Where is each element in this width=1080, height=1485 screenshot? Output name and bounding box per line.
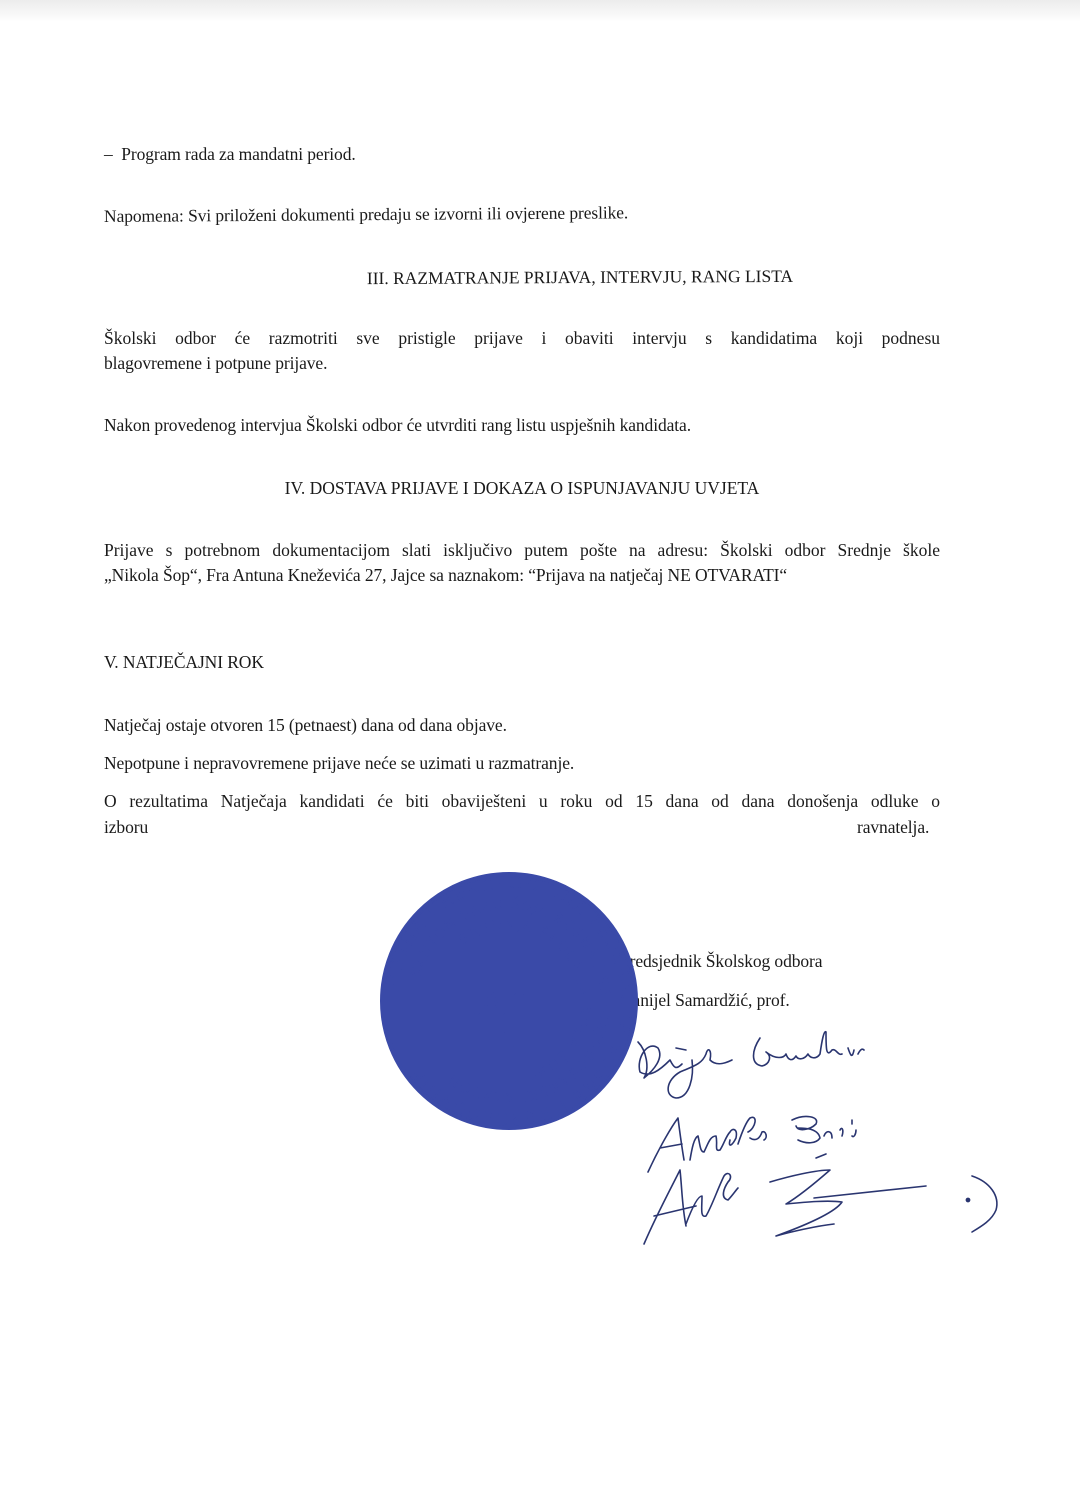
list-item: – Program rada za mandatni period. [104,143,356,165]
scan-edge-shadow [0,0,1080,22]
stamp-number: 1 [502,1029,516,1054]
signature-title: Predsjednik Školskog odbora [620,950,822,972]
paragraph-line-end: ravnatelja. [857,816,929,838]
list-item-text: Program rada za mandatni period. [121,144,355,164]
paragraph-line: Prijave s potrebnom dokumentacijom slati… [104,539,940,561]
paragraph: Nakon provedenog intervjua Školski odbor… [104,414,691,436]
section-heading-v: V. NATJEČAJNI ROK [104,651,264,673]
handwritten-signatures [620,1020,1020,1250]
signature-danijel [638,1042,732,1098]
note-text: Napomena: Svi priloženi dokumenti predaj… [104,201,628,227]
official-stamp: BOSNA I HERCEGOVINA FEDERACIJA BOSNE I H… [378,870,640,1132]
paragraph-line: Školski odbor će razmotriti sve pristigl… [104,327,940,349]
signature-name: Danijel Samardžić, prof. [620,989,790,1011]
stamp-city: JAJCE [473,987,542,1017]
section-heading-iv: IV. DOSTAVA PRIJAVE I DOKAZA O ISPUNJAVA… [0,477,1062,499]
paragraph: Nepotpune i nepravovremene prijave neće … [104,752,574,774]
signature-third [644,1170,738,1244]
section-heading-iii: III. RAZMATRANJE PRIJAVA, INTERVJU, RANG… [40,263,1080,291]
paragraph-line: izboru [104,816,148,838]
paragraph-line: „Nikola Šop“, Fra Antuna Kneževića 27, J… [104,564,787,586]
paragraph-line: blagovremene i potpune prijave. [104,352,327,374]
paragraph: Natječaj ostaje otvoren 15 (petnaest) da… [104,714,507,736]
list-bullet: – [104,144,113,164]
paragraph-line: O rezultatima Natječaja kandidati će bit… [104,790,940,812]
signature-second [648,1117,766,1172]
